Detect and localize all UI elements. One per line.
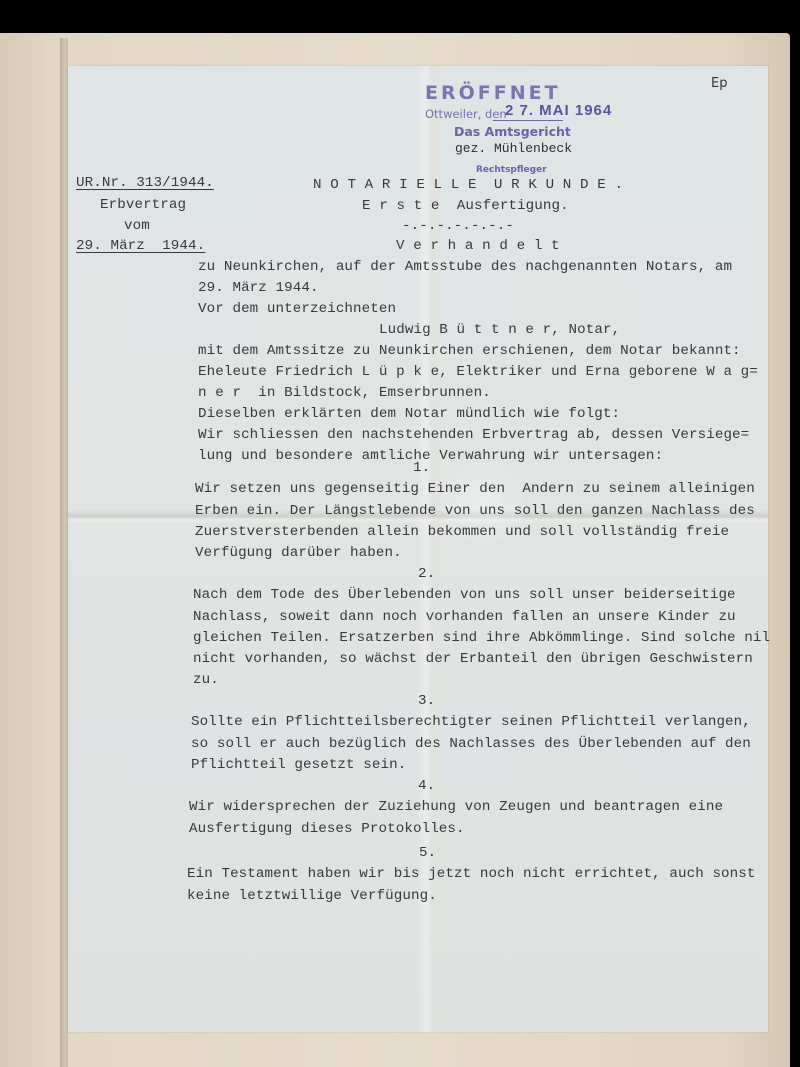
section-number: 4. (418, 778, 435, 794)
stamp-role: Rechtspfleger (476, 165, 547, 175)
corner-initials: Ep (711, 76, 727, 91)
section-line: Erben ein. Der Längstlebende von uns sol… (195, 503, 755, 519)
section-line: Ein Testament haben wir bis jetzt noch n… (187, 866, 756, 882)
intro-line: Vor dem unterzeichneten (198, 301, 396, 317)
intro-line: mit dem Amtssitze zu Neunkirchen erschie… (198, 343, 741, 359)
section-line: keine letztwillige Verfügung. (187, 888, 437, 904)
stamp-signer: gez. Mühlenbeck (455, 141, 572, 156)
doc-from: vom (124, 218, 150, 234)
section-number: 3. (418, 693, 435, 709)
section-line: Pflichtteil gesetzt sein. (191, 757, 406, 773)
folder-spine (60, 38, 68, 1067)
section-number: 1. (413, 460, 430, 476)
stamp-date-underline (493, 120, 563, 121)
notary-name: Ludwig B ü t t n e r, Notar, (379, 322, 620, 338)
stamp-court: Das Amtsgericht (454, 124, 571, 139)
section-line: Ausfertigung dieses Protokolles. (189, 821, 465, 837)
section-line: Nachlass, soweit dann noch vorhanden fal… (193, 609, 736, 625)
intro-line: Wir schliessen den nachstehenden Erbvert… (198, 427, 749, 443)
intro-line: lung und besondere amtliche Verwahrung w… (198, 448, 663, 464)
section-line: Sollte ein Pflichtteilsberechtigter sein… (191, 714, 751, 730)
header-divider: -.-.-.-.-.-.- (402, 218, 514, 234)
stamp-place: Ottweiler, den (425, 107, 507, 121)
page-subtitle: E r s t e Ausfertigung. (362, 198, 569, 214)
section-number: 2. (418, 566, 435, 582)
stamp-title: ERÖFFNET (425, 82, 561, 104)
section-line: Nach dem Tode des Überlebenden von uns s… (193, 587, 736, 603)
stamp-date: 2 7. MAI 1964 (505, 102, 612, 119)
reference-number: UR.Nr. 313/1944. (76, 175, 214, 191)
intro-line: Dieselben erklärten dem Notar mündlich w… (198, 406, 620, 422)
page-title: N O T A R I E L L E U R K U N D E . (313, 177, 623, 193)
section-line: Wir setzen uns gegenseitig Einer den And… (195, 481, 755, 497)
section-line: Verfügung darüber haben. (195, 545, 402, 561)
intro-line: n e r in Bildstock, Emserbrunnen. (198, 385, 491, 401)
section-line: Zuerstversterbenden allein bekommen und … (195, 524, 729, 540)
section-line: Wir widersprechen der Zuziehung von Zeug… (189, 799, 723, 815)
intro-line: 29. März 1944. (198, 280, 319, 296)
section-line: so soll er auch bezüglich des Nachlasses… (191, 736, 751, 752)
section-line: zu. (193, 672, 219, 688)
section-number: 5. (419, 845, 436, 861)
section-line: nicht vorhanden, so wächst der Erbanteil… (193, 651, 753, 667)
section-line: gleichen Teilen. Ersatzerben sind ihre A… (193, 630, 770, 646)
intro-line: Eheleute Friedrich L ü p k e, Elektriker… (198, 364, 758, 380)
intro-line: zu Neunkirchen, auf der Amtsstube des na… (198, 259, 732, 275)
doc-type: Erbvertrag (100, 197, 186, 213)
doc-date: 29. März 1944. (76, 238, 205, 254)
verhandelt-heading: V e r h a n d e l t (396, 238, 560, 254)
